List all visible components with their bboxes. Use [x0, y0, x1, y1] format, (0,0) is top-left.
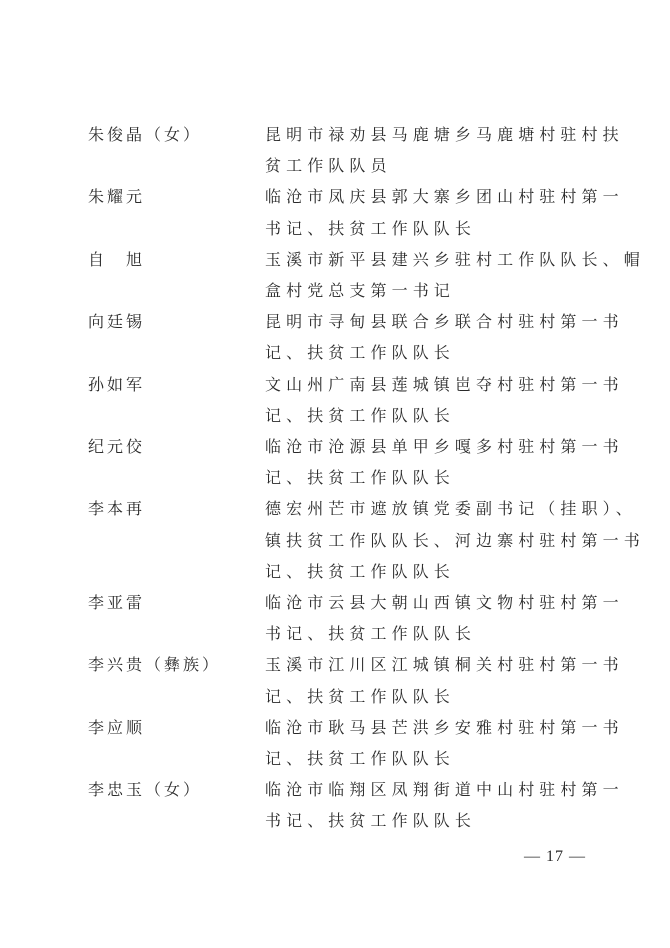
page-number: — 17 — — [520, 848, 590, 866]
list-item: 纪元佼 临沧市沧源县单甲乡嘎多村驻村第一书 记、扶贫工作队队长 — [88, 431, 588, 493]
person-name: 李应顺 — [88, 712, 265, 743]
person-name: 朱俊晶（女） — [88, 119, 265, 150]
position-line: 昆明市寻甸县联合乡联合村驻村第一书 — [265, 306, 587, 337]
position-line: 临沧市沧源县单甲乡嘎多村驻村第一书 — [265, 431, 587, 462]
person-name: 朱耀元 — [88, 181, 265, 212]
list-item: 朱俊晶（女） 昆明市禄劝县马鹿塘乡马鹿塘村驻村扶 贫工作队队员 — [88, 119, 588, 181]
list-item: 李忠玉（女） 临沧市临翔区凤翔街道中山村驻村第一 书记、扶贫工作队队长 — [88, 774, 588, 836]
position-line: 临沧市耿马县芒洪乡安雅村驻村第一书 — [265, 712, 587, 743]
position-line: 文山州广南县莲城镇岜夺村驻村第一书 — [265, 369, 587, 400]
position-line: 书记、扶贫工作队队长 — [265, 618, 587, 649]
position-line: 盒村党总支第一书记 — [265, 275, 587, 306]
position-line: 临沧市云县大朝山西镇文物村驻村第一 — [265, 587, 587, 618]
position-line: 记、扶贫工作队队长 — [265, 681, 587, 712]
list-item: 李兴贵（彝族） 玉溪市江川区江城镇桐关村驻村第一书 记、扶贫工作队队长 — [88, 649, 588, 711]
list-item: 李应顺 临沧市耿马县芒洪乡安雅村驻村第一书 记、扶贫工作队队长 — [88, 712, 588, 774]
position-line: 书记、扶贫工作队队长 — [265, 805, 587, 836]
person-position: 临沧市云县大朝山西镇文物村驻村第一 书记、扶贫工作队队长 — [265, 587, 587, 649]
position-line: 临沧市凤庆县郭大寨乡团山村驻村第一 — [265, 181, 587, 212]
person-name: 孙如军 — [88, 369, 265, 400]
position-line: 记、扶贫工作队队长 — [265, 337, 587, 368]
position-line: 临沧市临翔区凤翔街道中山村驻村第一 — [265, 774, 587, 805]
position-line: 贫工作队队员 — [265, 150, 587, 181]
person-position: 昆明市禄劝县马鹿塘乡马鹿塘村驻村扶 贫工作队队员 — [265, 119, 587, 181]
person-position: 德宏州芒市遮放镇党委副书记（挂职）、 镇扶贫工作队队长、河边寨村驻村第一书 记、… — [265, 493, 587, 587]
position-line: 书记、扶贫工作队队长 — [265, 213, 587, 244]
person-name: 自 旭 — [88, 244, 265, 275]
person-position: 玉溪市新平县建兴乡驻村工作队队长、帽 盒村党总支第一书记 — [265, 244, 587, 306]
list-item: 李亚雷 临沧市云县大朝山西镇文物村驻村第一 书记、扶贫工作队队长 — [88, 587, 588, 649]
position-line: 记、扶贫工作队队长 — [265, 462, 587, 493]
document-page: 朱俊晶（女） 昆明市禄劝县马鹿塘乡马鹿塘村驻村扶 贫工作队队员 朱耀元 临沧市凤… — [0, 0, 670, 948]
list-item: 朱耀元 临沧市凤庆县郭大寨乡团山村驻村第一 书记、扶贫工作队队长 — [88, 181, 588, 243]
position-line: 记、扶贫工作队队长 — [265, 556, 587, 587]
position-line: 记、扶贫工作队队长 — [265, 743, 587, 774]
person-position: 玉溪市江川区江城镇桐关村驻村第一书 记、扶贫工作队队长 — [265, 649, 587, 711]
person-position: 文山州广南县莲城镇岜夺村驻村第一书 记、扶贫工作队队长 — [265, 369, 587, 431]
name-list: 朱俊晶（女） 昆明市禄劝县马鹿塘乡马鹿塘村驻村扶 贫工作队队员 朱耀元 临沧市凤… — [88, 119, 588, 837]
person-name: 李亚雷 — [88, 587, 265, 618]
person-name: 李兴贵（彝族） — [88, 649, 265, 680]
list-item: 孙如军 文山州广南县莲城镇岜夺村驻村第一书 记、扶贫工作队队长 — [88, 369, 588, 431]
person-name: 纪元佼 — [88, 431, 265, 462]
person-position: 临沧市耿马县芒洪乡安雅村驻村第一书 记、扶贫工作队队长 — [265, 712, 587, 774]
position-line: 记、扶贫工作队队长 — [265, 400, 587, 431]
position-line: 德宏州芒市遮放镇党委副书记（挂职）、 — [265, 493, 587, 524]
position-line: 玉溪市新平县建兴乡驻村工作队队长、帽 — [265, 244, 587, 275]
position-line: 镇扶贫工作队队长、河边寨村驻村第一书 — [265, 525, 587, 556]
person-position: 临沧市临翔区凤翔街道中山村驻村第一 书记、扶贫工作队队长 — [265, 774, 587, 836]
list-item: 李本再 德宏州芒市遮放镇党委副书记（挂职）、 镇扶贫工作队队长、河边寨村驻村第一… — [88, 493, 588, 587]
person-position: 临沧市沧源县单甲乡嘎多村驻村第一书 记、扶贫工作队队长 — [265, 431, 587, 493]
list-item: 向廷锡 昆明市寻甸县联合乡联合村驻村第一书 记、扶贫工作队队长 — [88, 306, 588, 368]
position-line: 昆明市禄劝县马鹿塘乡马鹿塘村驻村扶 — [265, 119, 587, 150]
person-name: 李忠玉（女） — [88, 774, 265, 805]
person-name: 李本再 — [88, 493, 265, 524]
person-name: 向廷锡 — [88, 306, 265, 337]
person-position: 临沧市凤庆县郭大寨乡团山村驻村第一 书记、扶贫工作队队长 — [265, 181, 587, 243]
list-item: 自 旭 玉溪市新平县建兴乡驻村工作队队长、帽 盒村党总支第一书记 — [88, 244, 588, 306]
person-position: 昆明市寻甸县联合乡联合村驻村第一书 记、扶贫工作队队长 — [265, 306, 587, 368]
position-line: 玉溪市江川区江城镇桐关村驻村第一书 — [265, 649, 587, 680]
